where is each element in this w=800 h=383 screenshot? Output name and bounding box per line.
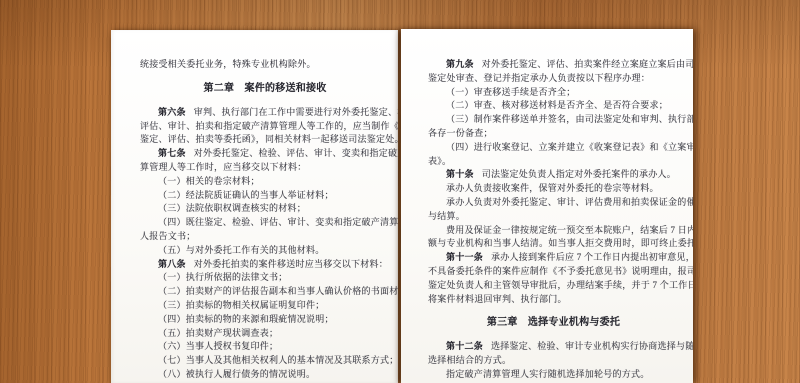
line-text: （三）法院依职权调查核实的材料； xyxy=(158,203,306,213)
text-line: 评估、审计、拍卖和指定破产清算管理人等工作的，应当制作《司法 xyxy=(140,120,390,134)
text-line: （四）拍卖标的物的来源和瑕疵情况说明； xyxy=(140,313,390,327)
line-text: 人报告文书； xyxy=(140,231,196,241)
chapter-heading: 第三章 选择专业机构与委托 xyxy=(428,316,679,330)
line-text: （四）既往鉴定、检验、评估、审计、变卖和指定破产清算管理 xyxy=(158,217,398,227)
line-text: 对外委托鉴定、评估、拍卖案件经立案庭立案后由司法 xyxy=(482,59,693,69)
line-text: 各存一份备查； xyxy=(428,128,493,138)
text-line: 各存一份备查； xyxy=(428,127,679,141)
line-text: （二）审查、核对移送材料是否齐全、是否符合要求； xyxy=(446,100,668,110)
text-line: 第九条对外委托鉴定、评估、拍卖案件经立案庭立案后由司法 xyxy=(428,58,679,72)
article-number: 第十二条 xyxy=(446,341,483,351)
text-line: （二）经法院质证确认的当事人举证材料； xyxy=(140,189,390,203)
article-number: 第九条 xyxy=(446,59,474,69)
text-line: 统接受相关委托业务，特殊专业机构除外。 xyxy=(140,58,390,72)
text-line: （六）当事人授权书复印件； xyxy=(140,340,390,354)
text-line: （一）执行所依据的法律文书； xyxy=(140,271,390,285)
line-text: 司法鉴定处负责人指定对外委托案件的承办人。 xyxy=(482,169,676,179)
line-text: 费用及保证金一律按规定统一预交至本院账户，结案后 7 日内全 xyxy=(446,225,693,235)
text-line: （五）与对外委托工作有关的其他材料。 xyxy=(140,244,390,258)
line-text: （五）拍卖财产现状调查表； xyxy=(158,328,278,338)
text-line: 选择相结合的方式。 xyxy=(428,354,679,368)
line-text: （三）制作案件移送单并签名，由司法鉴定处和审判、执行部门 xyxy=(446,114,693,124)
line-text: 对外委托鉴定、检验、评估、审计、变卖和指定破产清 xyxy=(194,148,398,158)
text-line: 算管理人等工作时，应当移交以下材料： xyxy=(140,161,390,175)
line-text: （七）当事人及其他相关权利人的基本情况及其联系方式； xyxy=(158,355,398,365)
text-line: 费用及保证金一律按规定统一预交至本院账户，结案后 7 日内全 xyxy=(428,224,679,238)
text-line: 第十一条承办人接到案件后应 7 个工作日内提出初审意见，对 xyxy=(428,251,679,265)
text-line: 鉴定、评估、拍卖等委托函》，同相关材料一起移送司法鉴定处。 xyxy=(140,133,390,147)
line-text: 承办人负责接收案件，保管对外委托的卷宗等材料。 xyxy=(446,183,659,193)
article-number: 第七条 xyxy=(158,148,186,158)
text-line: （一）相关的卷宗材料； xyxy=(140,175,390,189)
line-text: 评估、审计、拍卖和指定破产清算管理人等工作的，应当制作《司法 xyxy=(140,121,398,131)
line-text: 承办人接到案件后应 7 个工作日内提出初审意见，对 xyxy=(491,252,693,262)
line-text: 审判、执行部门在工作中需要进行对外委托鉴定、检验、 xyxy=(194,107,398,117)
line-text: 鉴定处审查、登记并指定承办人负责按以下程序办理： xyxy=(428,73,650,83)
text-line: 表》。 xyxy=(428,155,679,169)
text-line: 指定破产清算管理人实行随机选择加轮号的方式。 xyxy=(428,368,679,382)
text-line: （一）审查移送手续是否齐全； xyxy=(428,86,679,100)
line-text: （一）审查移送手续是否齐全； xyxy=(446,87,576,97)
line-text: （四）进行收案登记、立案并建立《收案登记表》和《立案审批 xyxy=(446,142,693,152)
line-text: 选择相结合的方式。 xyxy=(428,355,511,365)
line-text: 承办人负责对外委托鉴定、审计、评估费用和拍卖保证金的催缴 xyxy=(446,197,693,207)
text-line: 鉴定处负责人和主管领导审批后，办理结案手续，并于 7 个工作日内 xyxy=(428,279,679,293)
line-text: 对外委托拍卖的案件移送时应当移交以下材料： xyxy=(194,259,388,269)
text-line: （二）审查、核对移送材料是否齐全、是否符合要求； xyxy=(428,99,679,113)
line-text: （二）经法院质证确认的当事人举证材料； xyxy=(158,190,334,200)
line-text: 指定破产清算管理人实行随机选择加轮号的方式。 xyxy=(446,369,650,379)
line-text: 统接受相关委托业务，特殊专业机构除外。 xyxy=(140,59,316,69)
line-text: （一）执行所依据的法律文书； xyxy=(158,272,288,282)
text-line: 第八条对外委托拍卖的案件移送时应当移交以下材料： xyxy=(140,258,390,272)
line-text: （三）拍卖标的物相关权属证明复印件； xyxy=(158,300,325,310)
text-line: （三）制作案件移送单并签名，由司法鉴定处和审判、执行部门 xyxy=(428,113,679,127)
line-text: 算管理人等工作时，应当移交以下材料： xyxy=(140,162,307,172)
article-number: 第十条 xyxy=(446,169,474,179)
text-line: 承办人负责对外委托鉴定、审计、评估费用和拍卖保证金的催缴 xyxy=(428,196,679,210)
text-line: 人报告文书； xyxy=(140,230,390,244)
text-line: （四）进行收案登记、立案并建立《收案登记表》和《立案审批 xyxy=(428,141,679,155)
text-line: 承办人负责接收案件，保管对外委托的卷宗等材料。 xyxy=(428,182,679,196)
line-text: 鉴定、评估、拍卖等委托函》，同相关材料一起移送司法鉴定处。 xyxy=(140,134,398,144)
text-line: （五）拍卖财产现状调查表； xyxy=(140,327,390,341)
wooden-desk-background: 统接受相关委托业务，特殊专业机构除外。第二章 案件的移送和接收第六条审判、执行部… xyxy=(0,0,800,383)
article-number: 第八条 xyxy=(158,259,186,269)
text-line: 额与专业机构和当事人结清。如当事人拒交费用时，即可终止委托。 xyxy=(428,237,679,251)
line-text: （六）当事人授权书复印件； xyxy=(158,341,278,351)
line-text: 选择鉴定、检验、审计专业机构实行协商选择与随机 xyxy=(491,341,693,351)
document-page-right: 第九条对外委托鉴定、评估、拍卖案件经立案庭立案后由司法鉴定处审查、登记并指定承办… xyxy=(401,29,693,383)
text-line: 鉴定处审查、登记并指定承办人负责按以下程序办理： xyxy=(428,72,679,86)
line-text: （二）拍卖财产的评估报告副本和当事人确认价格的书面材料； xyxy=(158,286,398,296)
text-line: 第七条对外委托鉴定、检验、评估、审计、变卖和指定破产清 xyxy=(140,147,390,161)
line-text: 将案件材料退回审判、执行部门。 xyxy=(428,294,567,304)
line-text: （一）相关的卷宗材料； xyxy=(158,176,260,186)
line-text: 额与专业机构和当事人结清。如当事人拒交费用时，即可终止委托。 xyxy=(428,238,693,248)
text-line: （二）拍卖财产的评估报告副本和当事人确认价格的书面材料； xyxy=(140,285,390,299)
line-text: （五）与对外委托工作有关的其他材料。 xyxy=(158,245,325,255)
text-line: 与结算。 xyxy=(428,210,679,224)
text-line: 第十条司法鉴定处负责人指定对外委托案件的承办人。 xyxy=(428,168,679,182)
document-page-left: 统接受相关委托业务，特殊专业机构除外。第二章 案件的移送和接收第六条审判、执行部… xyxy=(111,30,398,383)
text-line: 第六条审判、执行部门在工作中需要进行对外委托鉴定、检验、 xyxy=(140,106,390,120)
article-number: 第十一条 xyxy=(446,252,483,262)
text-line: （四）既往鉴定、检验、评估、审计、变卖和指定破产清算管理 xyxy=(140,216,390,230)
line-text: 鉴定处负责人和主管领导审批后，办理结案手续，并于 7 个工作日内 xyxy=(428,280,693,290)
text-line: （三）拍卖标的物相关权属证明复印件； xyxy=(140,299,390,313)
article-number: 第六条 xyxy=(158,107,186,117)
text-line: （八）被执行人履行债务的情况说明。 xyxy=(140,368,390,382)
line-text: 不具备委托条件的案件应制作《不予委托意见书》说明理由，报司法 xyxy=(428,266,693,276)
text-line: 第十二条选择鉴定、检验、审计专业机构实行协商选择与随机 xyxy=(428,340,679,354)
chapter-heading: 第二章 案件的移送和接收 xyxy=(140,82,390,96)
text-line: 将案件材料退回审判、执行部门。 xyxy=(428,293,679,307)
line-text: （八）被执行人履行债务的情况说明。 xyxy=(158,369,315,379)
line-text: 与结算。 xyxy=(428,211,465,221)
text-line: （三）法院依职权调查核实的材料； xyxy=(140,202,390,216)
line-text: （四）拍卖标的物的来源和瑕疵情况说明； xyxy=(158,314,334,324)
text-line: （七）当事人及其他相关权利人的基本情况及其联系方式； xyxy=(140,354,390,368)
line-text: 表》。 xyxy=(428,156,451,166)
text-line: 不具备委托条件的案件应制作《不予委托意见书》说明理由，报司法 xyxy=(428,265,679,279)
